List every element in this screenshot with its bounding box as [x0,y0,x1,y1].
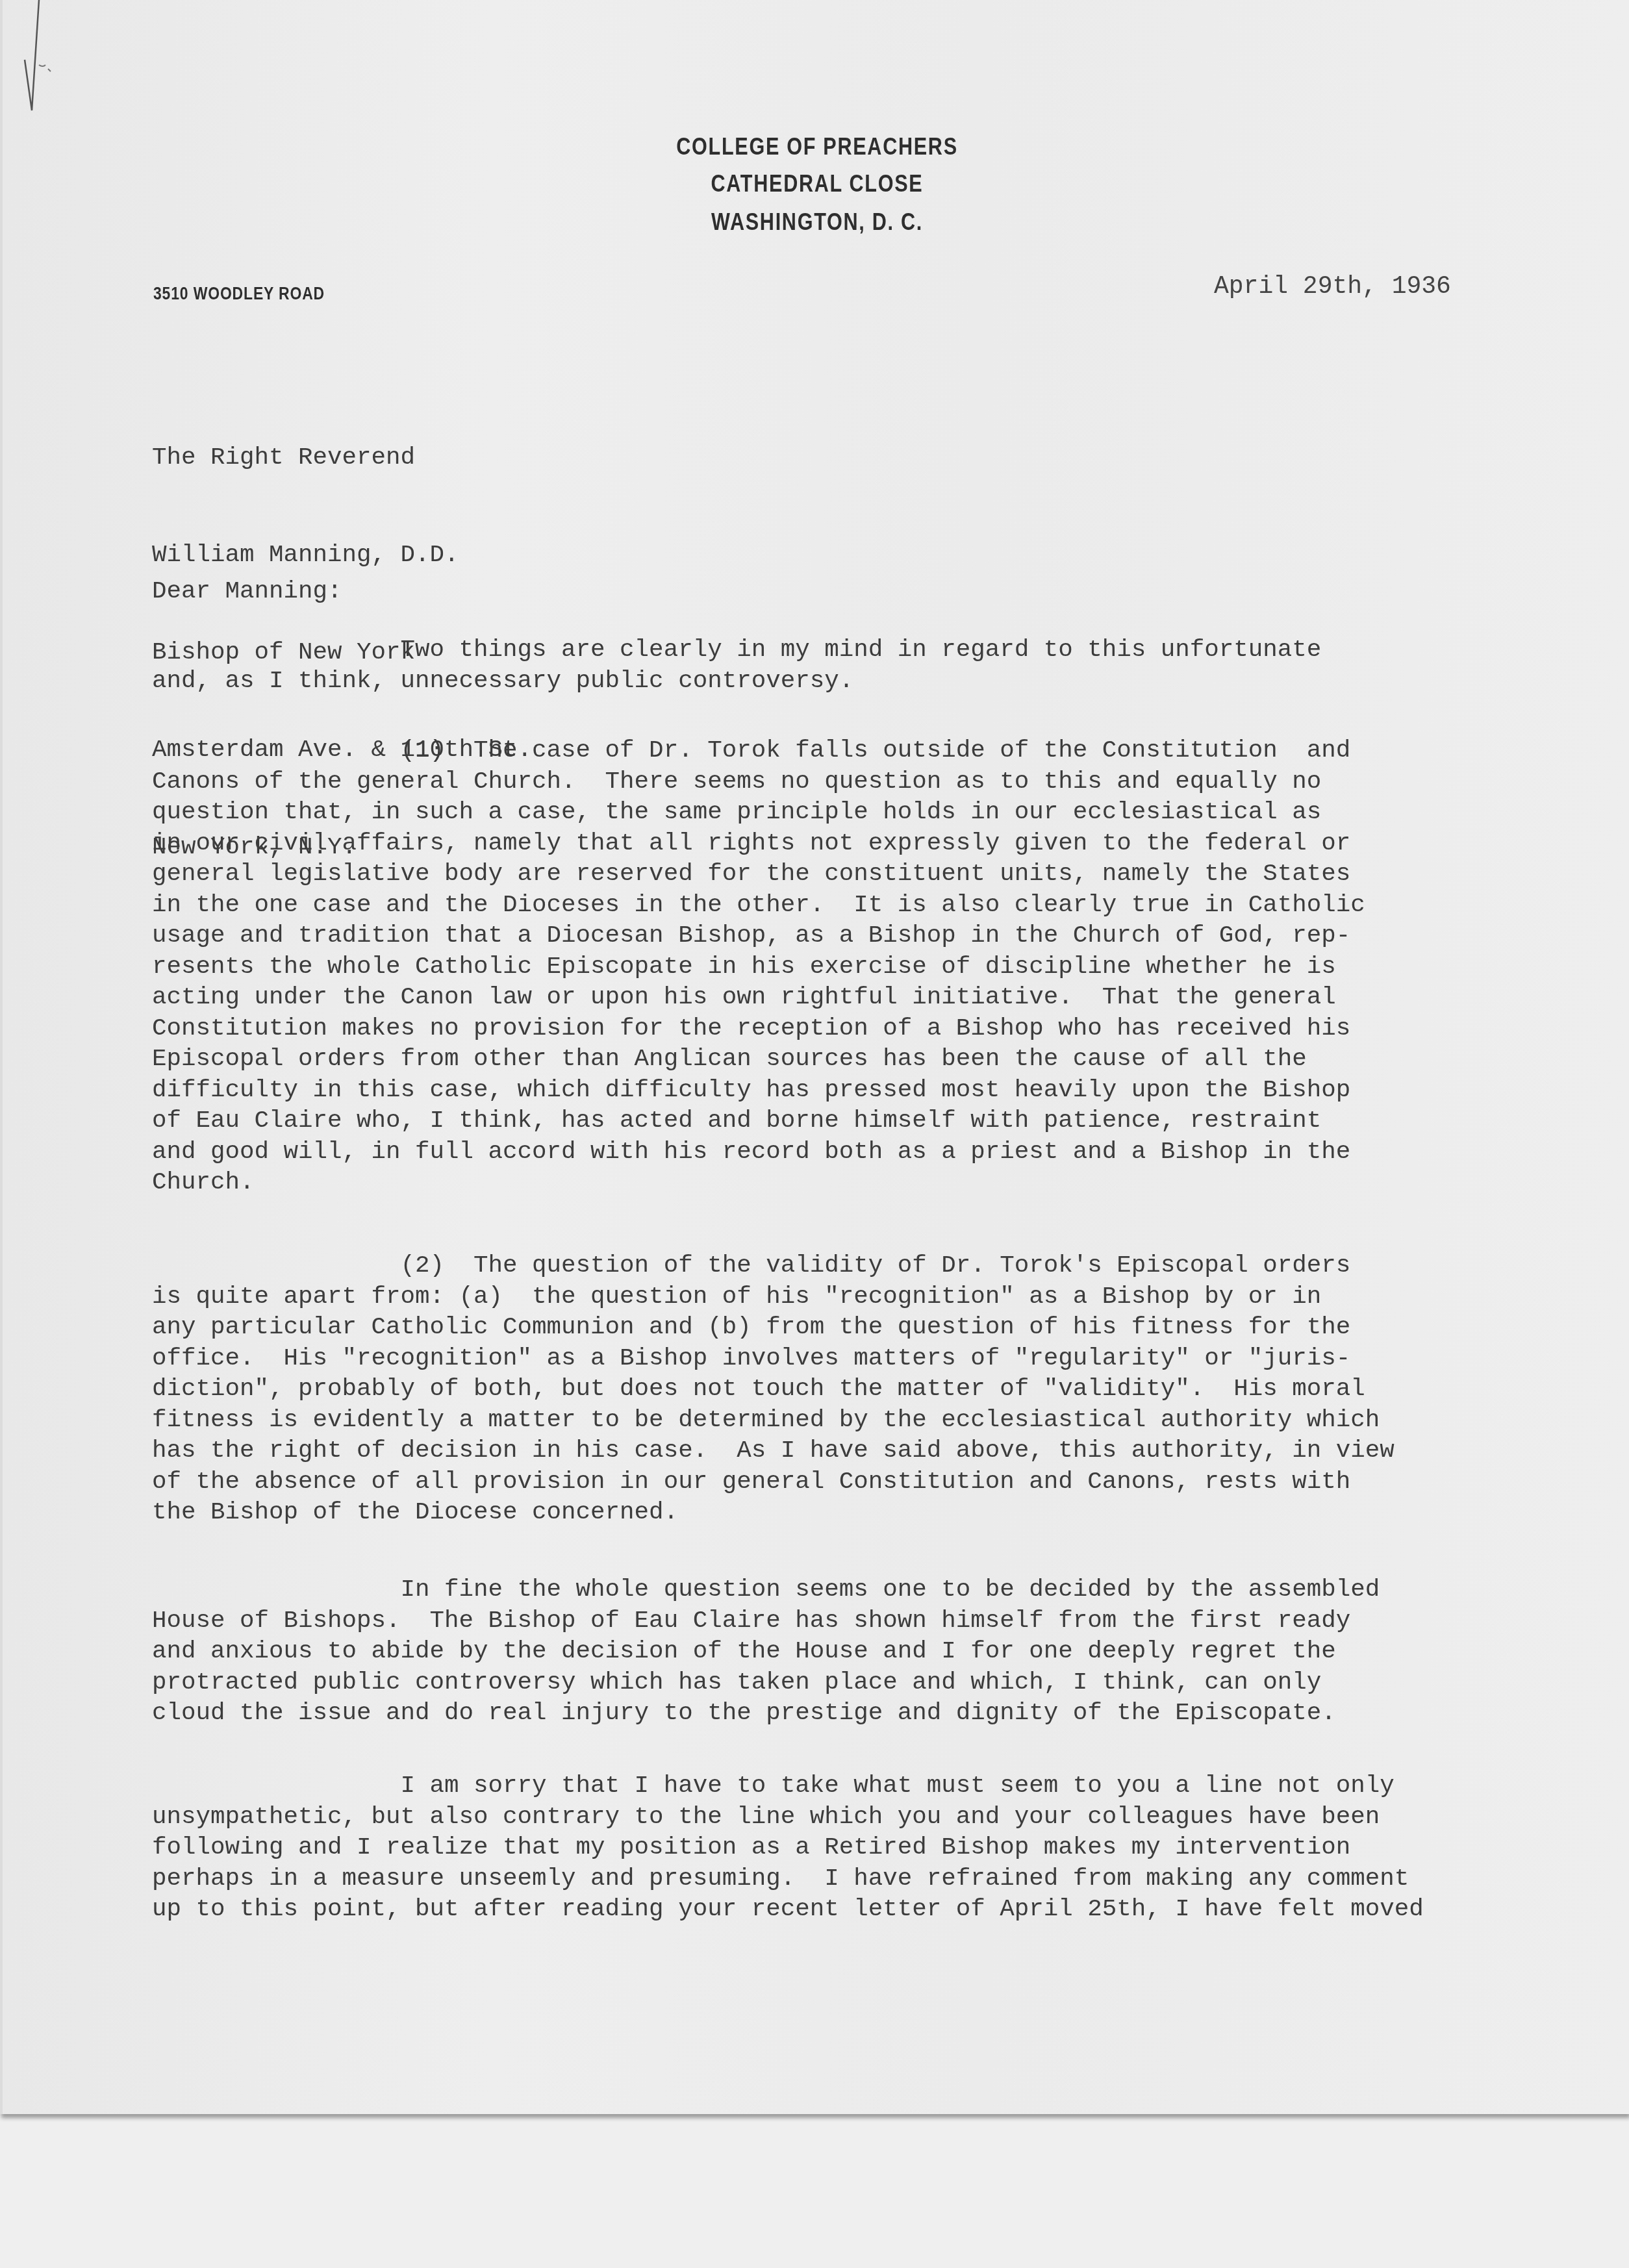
letterhead-place: CATHEDRAL CLOSE [125,170,1509,197]
paragraph-four: I am sorry that I have to take what must… [152,1771,1581,1926]
text-line: up to this point, but after reading your… [152,1895,1581,1926]
text-line: and anxious to abide by the decision of … [152,1637,1581,1668]
text-line: acting under the Canon law or upon his o… [152,983,1581,1014]
text-line: protracted public controversy which has … [152,1668,1581,1699]
text-line: In fine the whole question seems one to … [152,1575,1581,1606]
text-line: of the absence of all provision in our g… [152,1467,1581,1498]
text-line: has the right of decision in his case. A… [152,1436,1581,1467]
letterhead-org: COLLEGE OF PREACHERS [125,133,1509,160]
text-line: in the one case and the Dioceses in the … [152,890,1581,922]
paragraph-one: (1) The case of Dr. Torok falls outside … [152,736,1581,1199]
text-line: resents the whole Catholic Episcopate in… [152,952,1581,983]
text-line: is quite apart from: (a) the question of… [152,1282,1581,1313]
text-line: office. His "recognition" as a Bishop in… [152,1344,1581,1375]
text-line: fitness is evidently a matter to be dete… [152,1405,1581,1437]
text-line: Church. [152,1168,1581,1199]
text-line: following and I realize that my position… [152,1833,1581,1864]
text-line: Episcopal orders from other than Anglica… [152,1044,1581,1076]
text-line: unsympathetic, but also contrary to the … [152,1802,1581,1833]
text-line: usage and tradition that a Diocesan Bish… [152,921,1581,952]
text-line: and good will, in full accord with his r… [152,1137,1581,1168]
text-line: of Eau Claire who, I think, has acted an… [152,1106,1581,1137]
text-line: question that, in such a case, the same … [152,798,1581,829]
text-line: general legislative body are reserved fo… [152,859,1581,890]
paragraph-two: (2) The question of the validity of Dr. … [152,1251,1581,1529]
text-line: House of Bishops. The Bishop of Eau Clai… [152,1606,1581,1637]
text-line: and, as I think, unnecessary public cont… [152,666,1581,698]
recipient-line: The Right Reverend [152,442,1581,474]
text-line: in our civil affairs, namely that all ri… [152,829,1581,860]
text-line: difficulty in this case, which difficult… [152,1076,1581,1107]
text-line: any particular Catholic Communion and (b… [152,1313,1581,1344]
text-line: the Bishop of the Diocese concerned. [152,1498,1581,1529]
text-line: diction", probably of both, but does not… [152,1374,1581,1405]
text-line: cloud the issue and do real injury to th… [152,1698,1581,1730]
text-line: perhaps in a measure unseemly and presum… [152,1864,1581,1895]
text-line: Canons of the general Church. There seem… [152,767,1581,798]
text-line: (1) The case of Dr. Torok falls outside … [152,736,1581,767]
text-line: Constitution makes no provision for the … [152,1014,1581,1045]
salutation: Dear Manning: [152,577,1581,608]
paragraph-intro: Two things are clearly in my mind in reg… [152,635,1581,697]
letterhead-street: 3510 WOODLEY ROAD [153,284,325,304]
text-line: (2) The question of the validity of Dr. … [152,1251,1581,1282]
recipient-line: William Manning, D.D. [152,539,1581,572]
text-line: Two things are clearly in my mind in reg… [152,635,1581,666]
paragraph-three: In fine the whole question seems one to … [152,1575,1581,1730]
text-line: I am sorry that I have to take what must… [152,1771,1581,1802]
letterhead-city: WASHINGTON, D. C. [125,208,1509,236]
letter-page: COLLEGE OF PREACHERS CATHEDRAL CLOSE WAS… [0,0,1629,2114]
letter-date: April 29th, 1936 [1214,273,1451,301]
pencil-check-mark-icon [16,0,120,117]
